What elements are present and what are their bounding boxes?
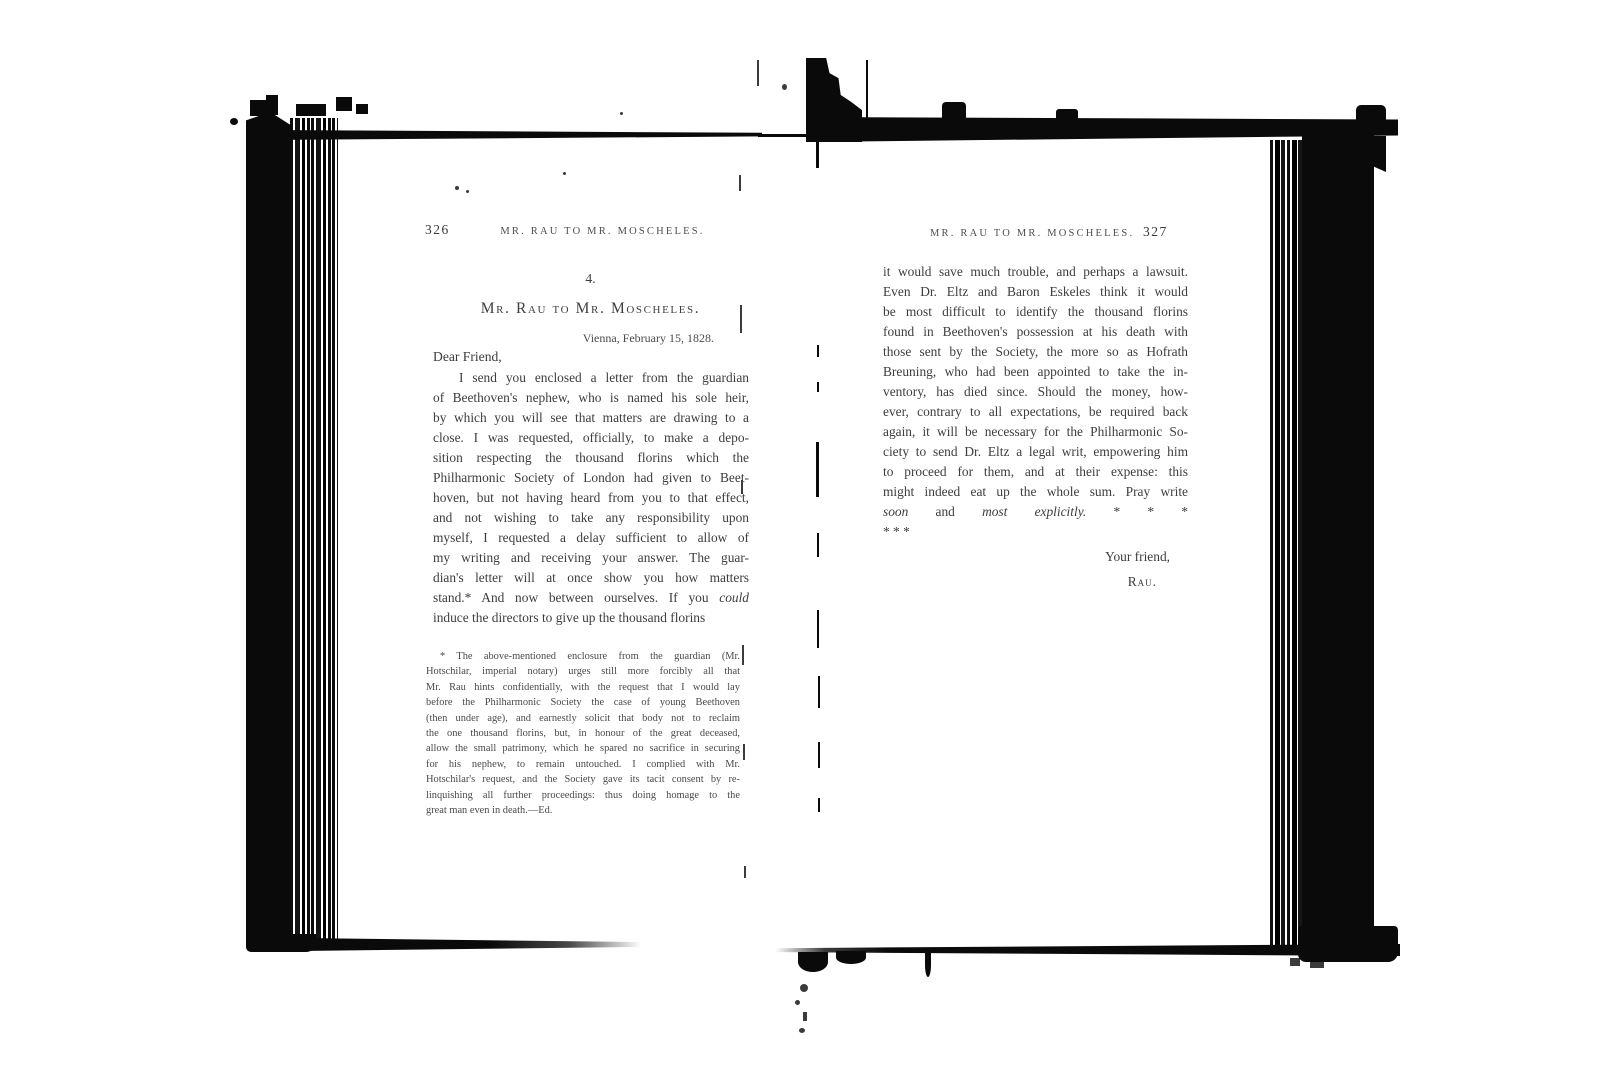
ink-gutter-dash-2 xyxy=(817,382,819,392)
ink-top-bar-bump-2 xyxy=(1056,109,1078,121)
footnote-line: Hotschilar's request, and the Society ga… xyxy=(426,772,740,787)
body-line: my writing and receiving your answer. Th… xyxy=(433,548,749,568)
body-line: it would save much trouble, and perhaps … xyxy=(883,262,1188,282)
ink-top-bar-drip xyxy=(816,140,819,168)
asterisk-line: * * * xyxy=(883,522,1188,542)
letter-salutation: Dear Friend, xyxy=(433,349,502,365)
letter-title: Mr. Rau to Mr. Moscheles. xyxy=(433,300,748,318)
ink-speck-left-of-band xyxy=(230,118,238,125)
asterisk: * xyxy=(1181,504,1188,519)
ink-bottom-drip-3 xyxy=(925,953,931,977)
body-line: by which you will see that matters are d… xyxy=(433,408,749,428)
footnote-line: for his nephew, to remain untouched. I c… xyxy=(426,757,740,772)
ink-gutter-dash-3 xyxy=(816,442,819,497)
ink-right-bottom-bar xyxy=(775,944,1400,956)
ink-spine-top-dot xyxy=(782,84,787,90)
ink-edge-dash-5 xyxy=(743,744,745,760)
body-line: might indeed eat up the whole sum. Pray … xyxy=(883,482,1188,502)
ink-left-bottom-bar xyxy=(300,938,645,951)
footnote-line: allow the small patrimony, which he spar… xyxy=(426,741,740,756)
footnote-line: Hotschilar, imperial notary) urges still… xyxy=(426,664,740,679)
ink-left-top-blob-4 xyxy=(336,97,352,111)
ink-bottom-speck-4 xyxy=(799,1028,805,1033)
ink-left-top-blob-1 xyxy=(250,100,266,116)
body-line: hoven, but not having heard from you to … xyxy=(433,488,749,508)
italic-phrase: most explicitly. xyxy=(982,504,1086,519)
ink-bottom-speck-2 xyxy=(795,1000,800,1005)
ink-left-top-blob-2 xyxy=(266,95,278,115)
body-line: again, it will be necessary for the Phil… xyxy=(883,422,1188,442)
ink-bottom-drip-2 xyxy=(836,951,866,964)
ink-right-edge-band xyxy=(1302,128,1374,958)
ink-edge-dash-1 xyxy=(739,175,741,191)
ink-speck-top-4 xyxy=(620,112,623,115)
ink-gutter-dash-6 xyxy=(818,676,820,708)
letter-signature: Rau. xyxy=(945,574,1157,590)
body-line-with-italics-and-asterisks: soon and most explicitly. * * * xyxy=(883,502,1188,522)
body-line: close. I was requested, officially, to m… xyxy=(433,428,749,448)
body-line: Breuning, who had been appointed to take… xyxy=(883,362,1188,382)
left-page-number: 326 xyxy=(425,222,450,238)
body-line-prefix: stand.* And now between ourselves. If yo… xyxy=(433,590,719,605)
left-page-footnote: * The above-mentioned enclosure from the… xyxy=(426,649,740,818)
footnote-line: * The above-mentioned enclosure from the… xyxy=(426,649,740,664)
ink-right-band-fringe-2 xyxy=(1310,962,1324,968)
ink-gutter-dash-5 xyxy=(817,610,819,648)
ink-speck-top-2 xyxy=(466,190,469,193)
right-page-number: 327 xyxy=(1143,224,1168,240)
italic-word: could xyxy=(719,590,749,605)
ink-gutter-dash-8 xyxy=(818,798,820,812)
right-running-header: MR. RAU TO MR. MOSCHELES. xyxy=(930,228,1130,239)
body-line: induce the directors to give up the thou… xyxy=(433,608,749,628)
ink-left-top-blob-3 xyxy=(296,104,326,116)
ink-top-bar-knob xyxy=(1356,105,1386,129)
ink-spine-top-dash xyxy=(757,60,759,86)
left-running-header: MR. RAU TO MR. MOSCHELES. xyxy=(495,226,710,237)
asterisk: * xyxy=(1147,504,1154,519)
body-line: Philharmonic Society of London had given… xyxy=(433,468,749,488)
body-line: be most difficult to identify the thousa… xyxy=(883,302,1188,322)
body-line: those sent by the Society, the more so a… xyxy=(883,342,1188,362)
ink-left-edge-streaks xyxy=(290,118,338,942)
scanned-book-spread: { "left_page": { "page_number": "326", "… xyxy=(0,0,1600,1088)
ink-gutter-dash-4 xyxy=(817,533,819,557)
footnote-line: linquishing all further proceedings: thu… xyxy=(426,788,740,803)
ink-right-bottom-corner xyxy=(1298,926,1398,962)
ink-edge-dash-6 xyxy=(744,866,746,878)
ink-right-band-fringe-1 xyxy=(1290,958,1300,966)
right-page-body: it would save much trouble, and perhaps … xyxy=(883,262,1188,542)
body-line: myself, I requested a delay sufficient t… xyxy=(433,528,749,548)
footnote-line: before the Philharmonic Society the case… xyxy=(426,695,740,710)
left-page-body: I send you enclosed a letter from the gu… xyxy=(433,368,749,628)
ink-speck-top-1 xyxy=(455,186,459,190)
ink-bottom-drip-1 xyxy=(798,952,828,972)
body-line: of Beethoven's nephew, who is named his … xyxy=(433,388,749,408)
ink-left-page-top-line-ext xyxy=(758,134,810,137)
body-line-mid: and xyxy=(908,504,982,519)
ink-left-page-top-line xyxy=(262,130,762,140)
ink-gutter-dash-7 xyxy=(818,742,820,768)
ink-left-top-blob-5 xyxy=(356,104,368,114)
ink-bottom-speck-1 xyxy=(800,984,808,992)
body-line: Even Dr. Eltz and Baron Eskeles think it… xyxy=(883,282,1188,302)
body-line: found in Beethoven's possession at his d… xyxy=(883,322,1188,342)
body-line: and not wishing to take any responsibili… xyxy=(433,508,749,528)
ink-speck-top-3 xyxy=(563,172,566,175)
body-line: ciety to send Dr. Eltz a legal writ, emp… xyxy=(883,442,1188,462)
body-line: I send you enclosed a letter from the gu… xyxy=(433,368,749,388)
italic-word: soon xyxy=(883,504,908,519)
ink-spine-top-thin-line xyxy=(866,60,868,120)
asterisk: * xyxy=(1113,504,1120,519)
body-line: ventory, has died since. Should the mone… xyxy=(883,382,1188,402)
footnote-line: Mr. Rau hints confidentially, with the r… xyxy=(426,680,740,695)
ink-edge-dash-4 xyxy=(742,645,744,665)
body-line: dian's letter will at once show you how … xyxy=(433,568,749,588)
body-line: sition respecting the thousand florins w… xyxy=(433,448,749,468)
footnote-line: great man even in death.—Ed. xyxy=(426,803,740,818)
ink-right-edge-streaks xyxy=(1268,140,1304,952)
footnote-line: (then under age), and earnestly solicit … xyxy=(426,711,740,726)
body-line: to proceed for them, and at their expens… xyxy=(883,462,1188,482)
section-number: 4. xyxy=(433,272,748,288)
ink-gutter-dash-1 xyxy=(817,345,819,357)
letter-dateline: Vienna, February 15, 1828. xyxy=(433,331,714,346)
letter-closing: Your friend, xyxy=(945,549,1170,565)
ink-left-edge-band xyxy=(246,112,290,950)
body-line-with-italic: stand.* And now between ourselves. If yo… xyxy=(433,588,749,608)
ink-top-bar-bump-1 xyxy=(942,102,966,120)
ink-bottom-speck-3 xyxy=(803,1012,807,1021)
body-line: ever, contrary to all expectations, be r… xyxy=(883,402,1188,422)
footnote-line: the one thousand florins, but, in honour… xyxy=(426,726,740,741)
